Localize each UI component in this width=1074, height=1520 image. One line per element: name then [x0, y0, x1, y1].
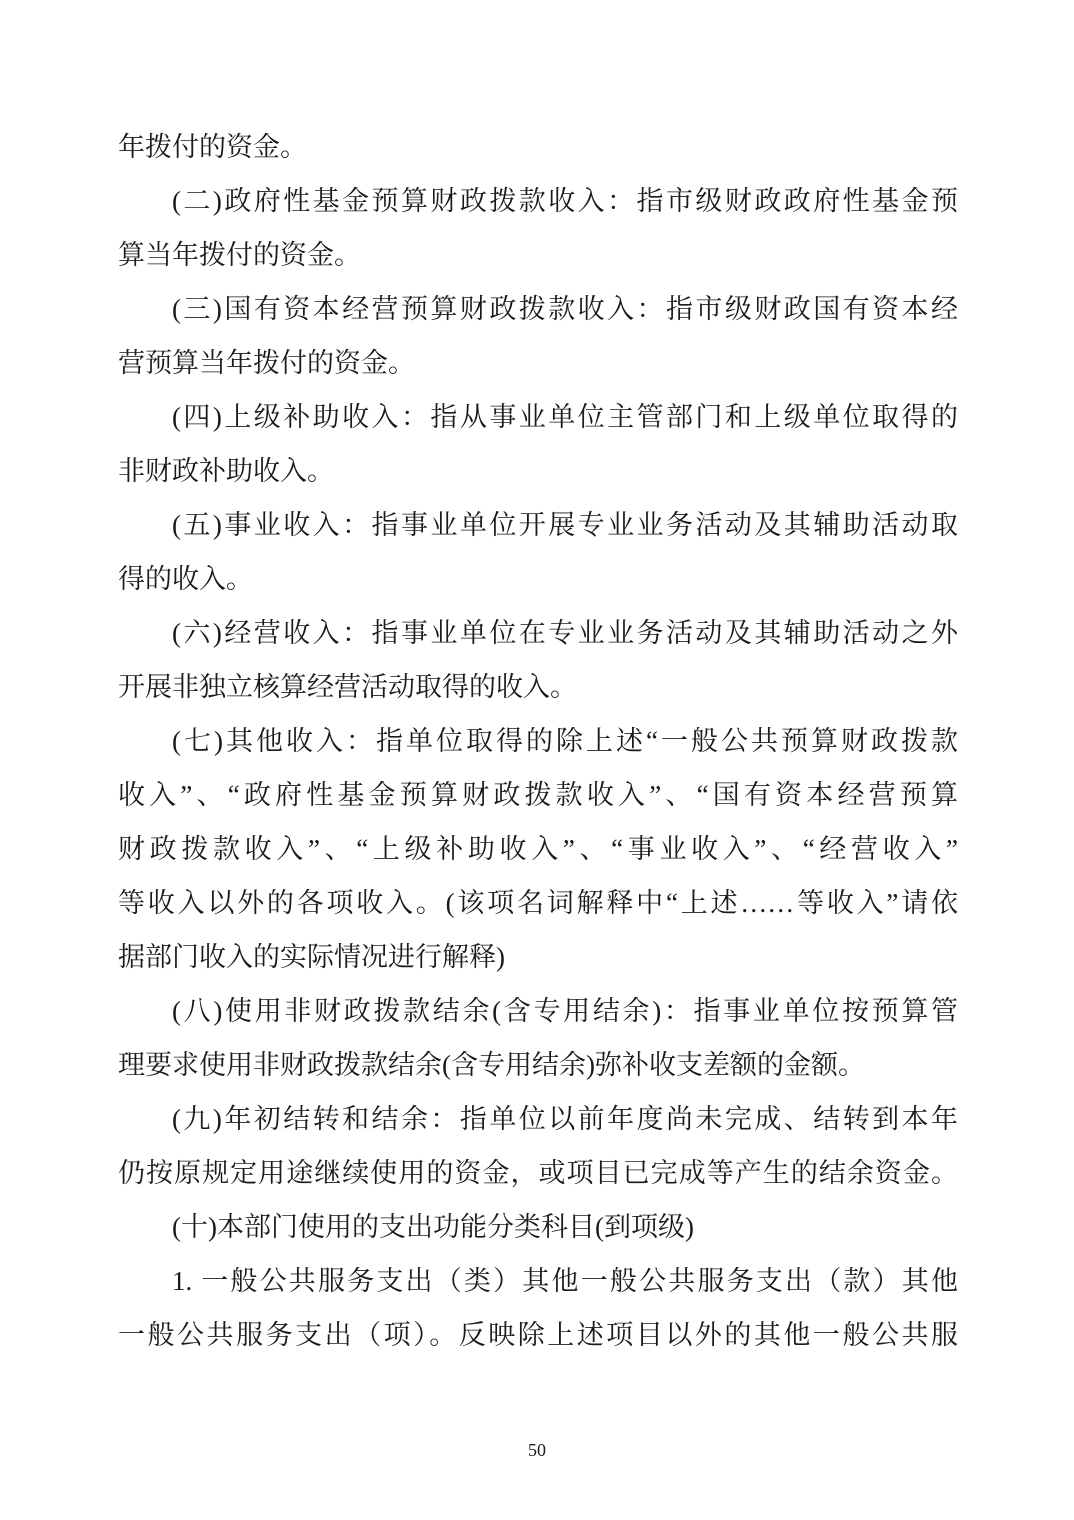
- text-line: (五)事业收入：指事业单位开展专业业务活动及其辅助活动取: [118, 498, 958, 552]
- paragraph: (四)上级补助收入：指从事业单位主管部门和上级单位取得的非财政补助收入。: [118, 390, 958, 498]
- text-line: 1. 一般公共服务支出（类）其他一般公共服务支出（款）其他: [118, 1254, 958, 1308]
- text-line: 财政拨款收入”、“上级补助收入”、“事业收入”、“经营收入”: [118, 822, 958, 876]
- paragraph: (七)其他收入：指单位取得的除上述“一般公共预算财政拨款收入”、“政府性基金预算…: [118, 714, 958, 984]
- paragraph: (九)年初结转和结余：指单位以前年度尚未完成、结转到本年仍按原规定用途继续使用的…: [118, 1092, 958, 1200]
- text-line: 算当年拨付的资金。: [118, 228, 958, 282]
- text-line: 开展非独立核算经营活动取得的收入。: [118, 660, 958, 714]
- paragraph: (八)使用非财政拨款结余(含专用结余)：指事业单位按预算管理要求使用非财政拨款结…: [118, 984, 958, 1092]
- text-line: 一般公共服务支出（项）。反映除上述项目以外的其他一般公共服: [118, 1308, 958, 1362]
- text-line: (八)使用非财政拨款结余(含专用结余)：指事业单位按预算管: [118, 984, 958, 1038]
- text-line: 仍按原规定用途继续使用的资金，或项目已完成等产生的结余资金。: [118, 1146, 958, 1200]
- document-body: 年拨付的资金。(二)政府性基金预算财政拨款收入：指市级财政政府性基金预算当年拨付…: [118, 120, 958, 1362]
- document-page: 年拨付的资金。(二)政府性基金预算财政拨款收入：指市级财政政府性基金预算当年拨付…: [0, 0, 1074, 1520]
- text-line: 收入”、“政府性基金预算财政拨款收入”、“国有资本经营预算: [118, 768, 958, 822]
- text-line: 得的收入。: [118, 552, 958, 606]
- paragraph: (十)本部门使用的支出功能分类科目(到项级): [118, 1200, 958, 1254]
- paragraph: (三)国有资本经营预算财政拨款收入：指市级财政国有资本经营预算当年拨付的资金。: [118, 282, 958, 390]
- text-line: (七)其他收入：指单位取得的除上述“一般公共预算财政拨款: [118, 714, 958, 768]
- paragraph: (五)事业收入：指事业单位开展专业业务活动及其辅助活动取得的收入。: [118, 498, 958, 606]
- text-line: (十)本部门使用的支出功能分类科目(到项级): [118, 1200, 958, 1254]
- page-footer: 50: [0, 1440, 1074, 1461]
- text-line: (六)经营收入：指事业单位在专业业务活动及其辅助活动之外: [118, 606, 958, 660]
- page-number: 50: [528, 1440, 546, 1460]
- text-line: 非财政补助收入。: [118, 444, 958, 498]
- paragraph: 1. 一般公共服务支出（类）其他一般公共服务支出（款）其他一般公共服务支出（项）…: [118, 1254, 958, 1362]
- paragraph: (六)经营收入：指事业单位在专业业务活动及其辅助活动之外开展非独立核算经营活动取…: [118, 606, 958, 714]
- text-line: (二)政府性基金预算财政拨款收入：指市级财政政府性基金预: [118, 174, 958, 228]
- text-line: (四)上级补助收入：指从事业单位主管部门和上级单位取得的: [118, 390, 958, 444]
- text-line: (九)年初结转和结余：指单位以前年度尚未完成、结转到本年: [118, 1092, 958, 1146]
- paragraph: 年拨付的资金。: [118, 120, 958, 174]
- text-line: 等收入以外的各项收入。(该项名词解释中“上述……等收入”请依: [118, 876, 958, 930]
- text-line: 理要求使用非财政拨款结余(含专用结余)弥补收支差额的金额。: [118, 1038, 958, 1092]
- text-line: 据部门收入的实际情况进行解释): [118, 930, 958, 984]
- text-line: 营预算当年拨付的资金。: [118, 336, 958, 390]
- text-line: (三)国有资本经营预算财政拨款收入：指市级财政国有资本经: [118, 282, 958, 336]
- paragraph: (二)政府性基金预算财政拨款收入：指市级财政政府性基金预算当年拨付的资金。: [118, 174, 958, 282]
- text-line: 年拨付的资金。: [118, 120, 958, 174]
